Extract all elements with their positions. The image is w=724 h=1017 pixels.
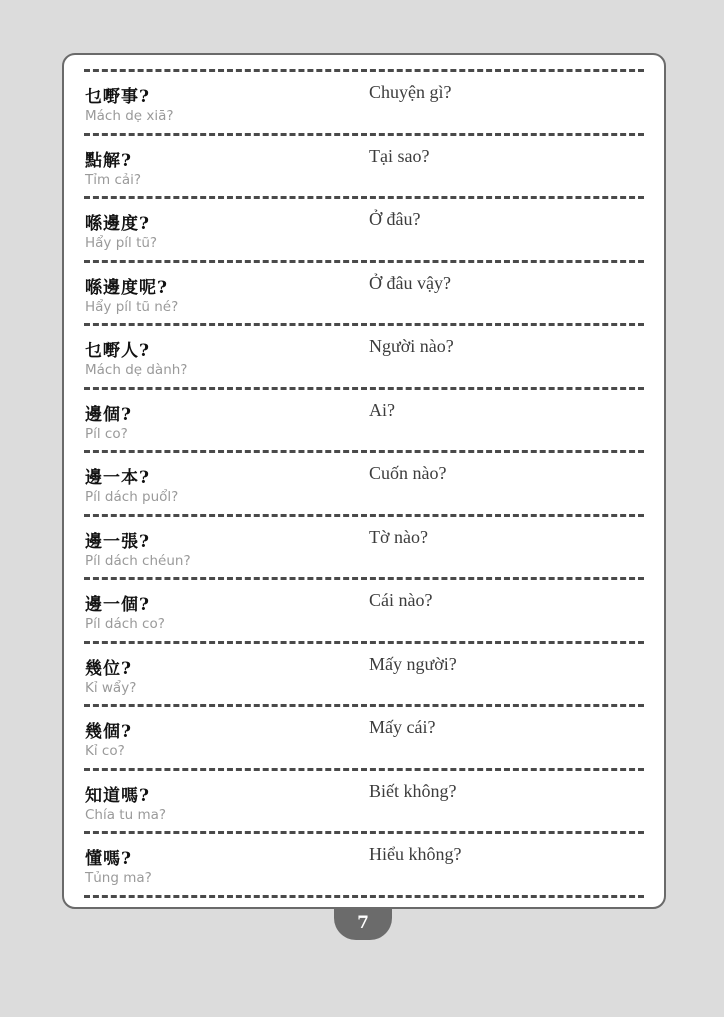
dashed-divider	[84, 895, 644, 898]
phrase-romanization: Hẩy píl tũ né?	[85, 299, 178, 315]
phrase-list: 乜嘢事? Mách dẹ xiā? Chuyện gì? 點解? Tỉm cải…	[84, 69, 644, 898]
page-number: 7	[357, 913, 369, 933]
phrase-vietnamese: Người nào?	[369, 336, 454, 357]
page-number-badge: 7	[334, 907, 392, 940]
phrase-entry: 邊個? Píl co? Ai?	[84, 390, 644, 451]
phrase-hanzi: 幾個?	[85, 717, 132, 742]
phrase-entry: 點解? Tỉm cải? Tại sao?	[84, 136, 644, 197]
phrase-vietnamese: Ở đâu?	[369, 209, 420, 230]
phrase-romanization: Chía tu ma?	[85, 807, 166, 823]
phrase-entry: 幾位? Kỉ wẩy? Mấy người?	[84, 644, 644, 705]
phrase-hanzi: 喺邊度呢?	[85, 273, 168, 298]
phrase-vietnamese: Tờ nào?	[369, 527, 428, 548]
phrase-vietnamese: Cái nào?	[369, 590, 432, 611]
phrase-vietnamese: Ai?	[369, 400, 395, 421]
phrase-hanzi: 乜嘢事?	[85, 82, 150, 107]
phrase-hanzi: 知道嗎?	[85, 781, 150, 806]
phrase-hanzi: 乜嘢人?	[85, 336, 150, 361]
phrase-entry: 邊一個? Píl dách co? Cái nào?	[84, 580, 644, 641]
phrase-romanization: Mách dẹ dành?	[85, 362, 187, 378]
phrase-hanzi: 邊一張?	[85, 527, 150, 552]
phrase-hanzi: 邊一本?	[85, 463, 150, 488]
phrase-romanization: Píl co?	[85, 426, 128, 442]
phrase-vietnamese: Cuốn nào?	[369, 463, 446, 484]
phrase-romanization: Tỉm cải?	[85, 172, 141, 188]
phrase-entry: 幾個? Kỉ co? Mấy cái?	[84, 707, 644, 768]
phrase-entry: 邊一本? Píl dách puổl? Cuốn nào?	[84, 453, 644, 514]
phrase-vietnamese: Hiểu không?	[369, 844, 461, 865]
phrase-romanization: Kỉ co?	[85, 743, 125, 759]
phrase-romanization: Píl dách chéun?	[85, 553, 191, 569]
phrase-vietnamese: Ở đâu vậy?	[369, 273, 451, 294]
phrase-vietnamese: Chuyện gì?	[369, 82, 452, 103]
phrase-hanzi: 幾位?	[85, 654, 132, 679]
phrase-entry: 知道嗎? Chía tu ma? Biết không?	[84, 771, 644, 832]
phrase-entry: 乜嘢人? Mách dẹ dành? Người nào?	[84, 326, 644, 387]
phrase-entry: 乜嘢事? Mách dẹ xiā? Chuyện gì?	[84, 72, 644, 133]
phrase-romanization: Kỉ wẩy?	[85, 680, 136, 696]
phrase-entry: 邊一張? Píl dách chéun? Tờ nào?	[84, 517, 644, 578]
phrase-card-frame: 乜嘢事? Mách dẹ xiā? Chuyện gì? 點解? Tỉm cải…	[62, 53, 666, 909]
phrase-hanzi: 喺邊度?	[85, 209, 150, 234]
phrase-vietnamese: Tại sao?	[369, 146, 429, 167]
phrase-vietnamese: Biết không?	[369, 781, 457, 802]
phrase-hanzi: 邊一個?	[85, 590, 150, 615]
phrase-entry: 喺邊度呢? Hẩy píl tũ né? Ở đâu vậy?	[84, 263, 644, 324]
phrase-romanization: Hẩy píl tũ?	[85, 235, 157, 251]
phrase-entry: 懂嗎? Tủng ma? Hiểu không?	[84, 834, 644, 895]
phrase-romanization: Mách dẹ xiā?	[85, 108, 174, 124]
phrase-romanization: Píl dách puổl?	[85, 489, 178, 505]
phrase-vietnamese: Mấy cái?	[369, 717, 435, 738]
phrase-romanization: Píl dách co?	[85, 616, 165, 632]
phrase-romanization: Tủng ma?	[85, 870, 152, 886]
phrase-vietnamese: Mấy người?	[369, 654, 457, 675]
phrase-hanzi: 邊個?	[85, 400, 132, 425]
phrase-entry: 喺邊度? Hẩy píl tũ? Ở đâu?	[84, 199, 644, 260]
phrase-hanzi: 點解?	[85, 146, 132, 171]
phrase-hanzi: 懂嗎?	[85, 844, 132, 869]
